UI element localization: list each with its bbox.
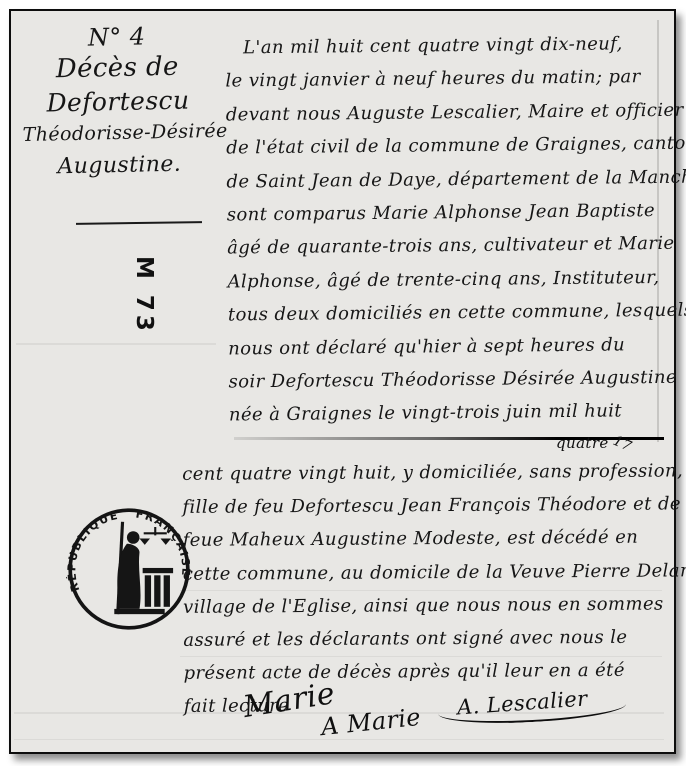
paper-crease (14, 739, 664, 740)
margin-title-line: Décès de (21, 50, 214, 87)
act-text-line: fille de feu Defortescu Jean François Th… (182, 487, 686, 524)
act-text-line: soir Defortescu Théodorisse Désirée Augu… (228, 361, 686, 399)
act-text-line: assuré et les déclarants ont signé avec … (183, 620, 686, 657)
act-text-line: cette commune, au domicile de la Veuve P… (183, 554, 686, 591)
act-text-line: feue Maheux Augustine Modeste, est décéd… (183, 521, 686, 558)
paper-crease (16, 343, 216, 345)
scanned-death-record: { "margin": { "act_number": "N° 4", "tit… (0, 0, 686, 766)
act-text-line: le vingt janvier à neuf heures du matin;… (225, 60, 686, 98)
act-text-line: âgé de quarante-trois ans, cultivateur e… (227, 227, 686, 265)
act-text-line: village de l'Eglise, ainsi que nous nous… (183, 587, 686, 624)
act-text-line: tous deux domiciliés en cette commune, l… (228, 294, 686, 332)
act-text-upper-block: L'an mil huit cent quatre vingt dix-neuf… (225, 27, 686, 433)
act-text-line: présent acte de décès après qu'il leur e… (183, 653, 686, 690)
paper-crease (14, 712, 664, 714)
margin-title-line: Théodorisse-Désirée (22, 116, 215, 151)
act-text-line: nous ont déclaré qu'hier à sept heures d… (228, 327, 686, 365)
act-text-line: cent quatre vingt huit, y domiciliée, sa… (182, 454, 686, 491)
margin-title-line: Defortescu (22, 83, 215, 120)
act-text-line: sont comparus Marie Alphonse Jean Baptis… (227, 194, 686, 232)
act-text-line: L'an mil huit cent quatre vingt dix-neuf… (225, 27, 686, 65)
paper-crease (180, 656, 662, 657)
act-text-line: devant nous Auguste Lescalier, Maire et … (226, 93, 686, 131)
margin-title-line: Augustine. (23, 147, 216, 184)
scan-page-edge (657, 20, 659, 442)
clerk-paraph: 17 (610, 433, 634, 455)
seal-left-text: RÉPUBLIQUE (66, 509, 120, 594)
catchword: quatre17 (556, 434, 631, 452)
republique-francaise-seal-icon: RÉPUBLIQUE FRANÇAISE (66, 506, 192, 636)
archive-stamp: M 73 (131, 256, 157, 335)
act-text-line: de Saint Jean de Daye, département de la… (226, 160, 686, 198)
act-text-line: Alphonse, âgé de trente-cinq ans, Instit… (227, 260, 686, 298)
act-text-lower-block: cent quatre vingt huit, y domiciliée, sa… (182, 454, 686, 723)
margin-annotation: N° 4 Décès de Defortescu Théodorisse-Dés… (20, 20, 215, 184)
svg-text:RÉPUBLIQUE: RÉPUBLIQUE (66, 509, 120, 594)
act-text-line: de l'état civil de la commune de Graigne… (226, 127, 686, 165)
catchword-text: quatre (556, 434, 609, 452)
seated-marianne-figure (114, 522, 173, 614)
paper-crease (180, 590, 662, 591)
act-number: N° 4 (20, 20, 213, 54)
act-text-line: née à Graignes le vingt-trois juin mil h… (229, 394, 686, 432)
